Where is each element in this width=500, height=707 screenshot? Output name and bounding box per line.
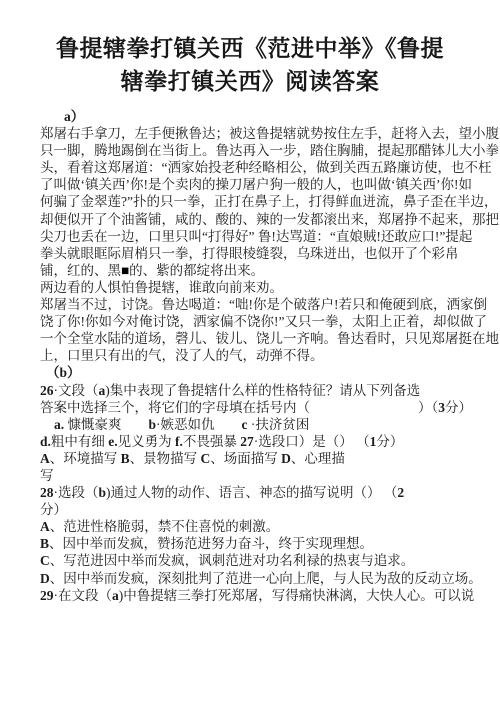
question-29-line: 29·在文段（a)中鲁提辖三拳打死郑屠，写得痛快淋漓，大快人心。可以说 (40, 587, 466, 604)
paragraph-a-line: 拳头就眼眶际眉梢只一拳，打得眼棱缝裂，乌珠迸出，也似开了个彩帛 (40, 245, 466, 262)
choices-abc: a. 慷慨豪爽 b·嫉恶如仇 c ·扶济贫困 (40, 416, 466, 433)
text-run: 粗中有细 (51, 434, 108, 449)
emphasis-text: （b） (46, 365, 81, 380)
emphasis-text: 2 (397, 485, 404, 500)
text-run: ·扶济贫困 (248, 417, 310, 432)
emphasis-text: e. (108, 434, 117, 449)
text-run: 见义勇为 (118, 434, 175, 449)
text-run: 一个全堂水陆的道场，磬儿、钹儿、饶儿一齐响。鲁达看时，只见郑屠挺在地 (40, 331, 499, 346)
choices-def-question-27: d.粗中有细 e.见义勇为 f.不畏强暴 27·选段口）是（） （1分） (40, 433, 466, 450)
emphasis-text: a） (64, 109, 84, 124)
paragraph-a-line: 头，看着这郑屠道：“洒家始投老种经略相公，做到关西五路廉访使，也不枉 (40, 159, 466, 176)
document-page: 鲁提辖拳打镇关西《范进中举》《鲁提辖拳打镇关西》阅读答案 a）郑屠右手拿刀，左手… (0, 0, 500, 707)
text-run: 只一脚，腾地踢倒在当街上。鲁达再入一步，踏住胸脯，提起那醋钵儿大小拳 (40, 143, 499, 158)
emphasis-text: D (40, 571, 50, 586)
section-label-a: a） (40, 108, 466, 125)
title-line-1: 鲁提辖拳打镇关西《范进中举》《鲁提 (56, 36, 444, 61)
text-run: 尖刀也丢在一边，口里只叫“打得好” 鲁!达骂道：“直娘贼!还敢应口!”提起 (40, 229, 472, 244)
text-run: 、因中举而发疯，赞扬范进努力奋斗，终于实现理想。 (49, 536, 373, 551)
emphasis-text: 28 (40, 485, 54, 500)
answer-option-c: C、写范进因中举而发疯，讽刺范进对功名利禄的热衷与追求。 (40, 552, 466, 569)
emphasis-text: C (201, 451, 211, 466)
text-run: 答案中选择三个，将它们的字母填在括号内（ ）（ (40, 400, 438, 415)
paragraph-a-line: 何骗了金翠莲?”扑的只一拳，正打在鼻子上，打得鲜血迸流，鼻子歪在半边， (40, 193, 466, 210)
paragraph-a-line: 郑屠当不过，讨饶。鲁达喝道：“咄!你是个破落户!若只和俺硬到底，洒家倒 (40, 296, 466, 313)
text-run: 写 (40, 468, 54, 483)
text-run: 、写范进因中举而发疯，讽刺范进对功名利禄的热衷与追求。 (50, 553, 415, 568)
paragraph-a-line: 铺，红的、黑■的、紫的都绽将出来。 (40, 262, 466, 279)
paragraph-a-line: 郑屠右手拿刀，左手便揪鲁达；被这鲁提辖就势按住左手，赶将入去，望小腹 (40, 125, 466, 142)
emphasis-text: A (40, 451, 50, 466)
text-run: 分） (445, 400, 472, 415)
answer-option-b: B、因中举而发疯，赞扬范进努力奋斗，终于实现理想。 (40, 535, 466, 552)
emphasis-text: C (40, 553, 50, 568)
emphasis-text: a. (54, 417, 64, 432)
text-run: 不畏强暴 (183, 434, 240, 449)
emphasis-text: A (40, 519, 50, 534)
text-run: )集中表现了鲁提辖什么样的性格特征？请从下列备选 (105, 383, 420, 398)
text-run: 拳头就眼眶际眉梢只一拳，打得眼棱缝裂，乌珠迸出，也似开了个彩帛 (40, 246, 459, 261)
text-run: 饶了你!你如今对俺讨饶，洒家偏不饶你!”又只一拳，太阳上正着，却似做了 (40, 314, 487, 329)
emphasis-text: f. (175, 434, 183, 449)
text-run: 分） (40, 502, 67, 517)
text-run: ·在文段（ (54, 588, 113, 603)
paragraph-a-line: 上，口里只有出的气，没了人的气，动弹不得。 (40, 347, 466, 364)
text-run: 慷慨豪爽 (64, 417, 148, 432)
text-run: 铺，红的、黑 (40, 263, 121, 278)
title-line-2: 辖拳打镇关西》阅读答案 (121, 69, 380, 94)
answer-option-a: A、范进性格脆弱，禁不住喜悦的刺激。 (40, 518, 466, 535)
text-run: 头，看着这郑屠道：“洒家始投老种经略相公，做到关西五路廉访使，也不枉 (40, 160, 492, 175)
text-run: 分） (376, 434, 403, 449)
text-run: ·文段（ (54, 383, 99, 398)
paragraph-a-line: 一个全堂水陆的道场，磬儿、钹儿、饶儿一齐响。鲁达看时，只见郑屠挺在地 (40, 330, 466, 347)
emphasis-text: B (40, 536, 49, 551)
emphasis-text: b (149, 417, 157, 432)
text-run: 的、紫的都绽将出来。 (129, 263, 264, 278)
text-run: ·选段（ (54, 485, 99, 500)
text-run: 、心理描 (291, 451, 345, 466)
text-run: 、范进性格脆弱，禁不住喜悦的刺激。 (50, 519, 280, 534)
paragraph-a-line: 了叫做‘镇关西’你!是个卖肉的操刀屠户狗一般的人，也叫做‘镇关西’你!如 (40, 176, 466, 193)
emphasis-text: 26 (40, 383, 54, 398)
paragraph-a-line: 只一脚，腾地踢倒在当街上。鲁达再入一步，踏住胸脯，提起那醋钵儿大小拳 (40, 142, 466, 159)
emphasis-text: 27 (240, 434, 254, 449)
text-run: 、因中举而发疯，深刻批判了范进一心向上爬，与人民为敌的反动立场。 (50, 571, 482, 586)
emphasis-text: a (112, 588, 119, 603)
question-27-options-continuation: 写 (40, 467, 466, 484)
text-run: 何骗了金翠莲?”扑的只一拳，正打在鼻子上，打得鲜血迸流，鼻子歪在半边， (40, 194, 497, 209)
answer-option-d: D、因中举而发疯，深刻批判了范进一心向上爬，与人民为敌的反动立场。 (40, 570, 466, 587)
paragraph-a-line: 却便似开了个油酱铺，咸的、酸的、辣的一发都滚出来，郑屠挣不起来，那把 (40, 211, 466, 228)
question-27-options: A、环境描写 B、景物描写 C、场面描写 D、心理描 (40, 450, 466, 467)
text-run: )通过人物的动作、语言、神态的描写说明（） （ (106, 485, 397, 500)
text-run: 两边看的人惧怕鲁提辖，谁敢向前来劝。 (40, 280, 283, 295)
emphasis-text: 29 (40, 588, 54, 603)
text-run: 、景物描写 (130, 451, 201, 466)
text-run: 、场面描写 (210, 451, 281, 466)
text-run: 上，口里只有出的气，没了人的气，动弹不得。 (40, 348, 324, 363)
emphasis-text: B (121, 451, 130, 466)
emphasis-text: 3 (438, 400, 445, 415)
paragraph-a-line: 饶了你!你如今对俺讨饶，洒家偏不饶你!”又只一拳，太阳上正着，却似做了 (40, 313, 466, 330)
text-run: 郑屠当不过，讨饶。鲁达喝道：“咄!你是个破落户!若只和俺硬到底，洒家倒 (40, 297, 487, 312)
emphasis-text: D (281, 451, 291, 466)
question-26-line-1: 26·文段（a)集中表现了鲁提辖什么样的性格特征？请从下列备选 (40, 382, 466, 399)
document-body: a）郑屠右手拿刀，左手便揪鲁达；被这鲁提辖就势按住左手，赶将入去，望小腹只一脚，… (40, 108, 466, 604)
text-run: ·选段口）是（） （ (254, 434, 370, 449)
paragraph-a-line: 两边看的人惧怕鲁提辖，谁敢向前来劝。 (40, 279, 466, 296)
emphasis-text: d. (40, 434, 51, 449)
glitch-glyph: ■ (121, 263, 129, 278)
text-run: 、环境描写 (50, 451, 121, 466)
question-26-line-2: 答案中选择三个，将它们的字母填在括号内（ ）（3分） (40, 399, 466, 416)
document-title: 鲁提辖拳打镇关西《范进中举》《鲁提辖拳打镇关西》阅读答案 (28, 32, 472, 98)
text-run: 却便似开了个油酱铺，咸的、酸的、辣的一发都滚出来，郑屠挣不起来，那把 (40, 212, 499, 227)
section-label-b: （b） (40, 364, 466, 381)
question-28-line-2: 分） (40, 501, 466, 518)
text-run: ·嫉恶如仇 (156, 417, 242, 432)
text-run: 郑屠右手拿刀，左手便揪鲁达；被这鲁提辖就势按住左手，赶将入去，望小腹 (40, 126, 499, 141)
text-run: 了叫做‘镇关西’你!是个卖肉的操刀屠户狗一般的人，也叫做‘镇关西’你!如 (40, 177, 472, 192)
question-28-line-1: 28·选段（b)通过人物的动作、语言、神态的描写说明（） （2 (40, 484, 466, 501)
text-run: )中鲁提辖三拳打死郑屠，写得痛快淋漓，大快人心。可以说 (119, 588, 475, 603)
emphasis-text: b (99, 485, 107, 500)
paragraph-a-line: 尖刀也丢在一边，口里只叫“打得好” 鲁!达骂道：“直娘贼!还敢应口!”提起 (40, 228, 466, 245)
